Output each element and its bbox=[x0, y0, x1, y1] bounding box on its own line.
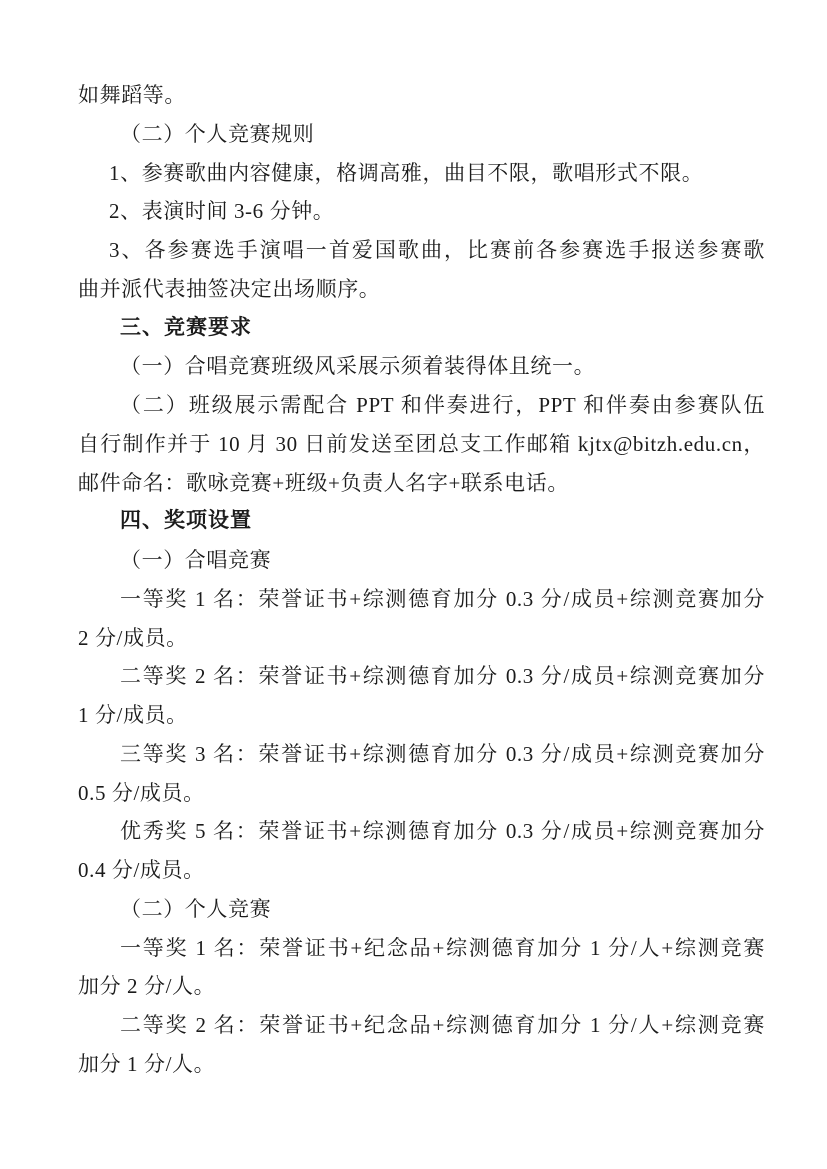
doc-line-26: 加分 1 分/人。 bbox=[78, 1045, 765, 1084]
doc-line-08: （一）合唱竞赛班级风采展示须着装得体且统一。 bbox=[78, 347, 765, 386]
section-heading-requirements: 三、竞赛要求 bbox=[78, 309, 765, 348]
doc-line-15: 2 分/成员。 bbox=[78, 619, 765, 658]
doc-line-24: 加分 2 分/人。 bbox=[78, 967, 765, 1006]
doc-line-05: 3、各参赛选手演唱一首爱国歌曲，比赛前各参赛选手报送参赛歌 bbox=[78, 231, 765, 270]
doc-line-09: （二）班级展示需配合 PPT 和伴奏进行，PPT 和伴奏由参赛队伍 bbox=[78, 386, 765, 425]
doc-line-10: 自行制作并于 10 月 30 日前发送至团总支工作邮箱 kjtx@bitzh.e… bbox=[78, 425, 765, 464]
doc-line-23: 一等奖 1 名：荣誉证书+纪念品+综测德育加分 1 分/人+综测竞赛 bbox=[78, 929, 765, 968]
doc-line-11: 邮件命名：歌咏竞赛+班级+负责人名字+联系电话。 bbox=[78, 464, 765, 503]
subheading-individual-awards: （二）个人竞赛 bbox=[78, 890, 765, 929]
document-body: 如舞蹈等。 （二）个人竞赛规则 1、参赛歌曲内容健康，格调高雅，曲目不限，歌唱形… bbox=[78, 76, 765, 1084]
subheading-chorus-awards: （一）合唱竞赛 bbox=[78, 541, 765, 580]
doc-line-17: 1 分/成员。 bbox=[78, 696, 765, 735]
doc-line-01: 如舞蹈等。 bbox=[78, 76, 765, 115]
doc-line-16: 二等奖 2 名：荣誉证书+综测德育加分 0.3 分/成员+综测竞赛加分 bbox=[78, 657, 765, 696]
section-heading-awards: 四、奖项设置 bbox=[78, 502, 765, 541]
subheading-individual-rules: （二）个人竞赛规则 bbox=[78, 115, 765, 154]
doc-line-14: 一等奖 1 名：荣誉证书+综测德育加分 0.3 分/成员+综测竞赛加分 bbox=[78, 580, 765, 619]
doc-line-03: 1、参赛歌曲内容健康，格调高雅，曲目不限，歌唱形式不限。 bbox=[78, 154, 765, 193]
doc-line-04: 2、表演时间 3-6 分钟。 bbox=[78, 192, 765, 231]
doc-line-18: 三等奖 3 名：荣誉证书+综测德育加分 0.3 分/成员+综测竞赛加分 bbox=[78, 735, 765, 774]
doc-line-19: 0.5 分/成员。 bbox=[78, 774, 765, 813]
doc-line-06: 曲并派代表抽签决定出场顺序。 bbox=[78, 270, 765, 309]
document-page: 如舞蹈等。 （二）个人竞赛规则 1、参赛歌曲内容健康，格调高雅，曲目不限，歌唱形… bbox=[0, 0, 827, 1169]
doc-line-21: 0.4 分/成员。 bbox=[78, 851, 765, 890]
doc-line-20: 优秀奖 5 名：荣誉证书+综测德育加分 0.3 分/成员+综测竞赛加分 bbox=[78, 812, 765, 851]
doc-line-25: 二等奖 2 名：荣誉证书+纪念品+综测德育加分 1 分/人+综测竞赛 bbox=[78, 1006, 765, 1045]
